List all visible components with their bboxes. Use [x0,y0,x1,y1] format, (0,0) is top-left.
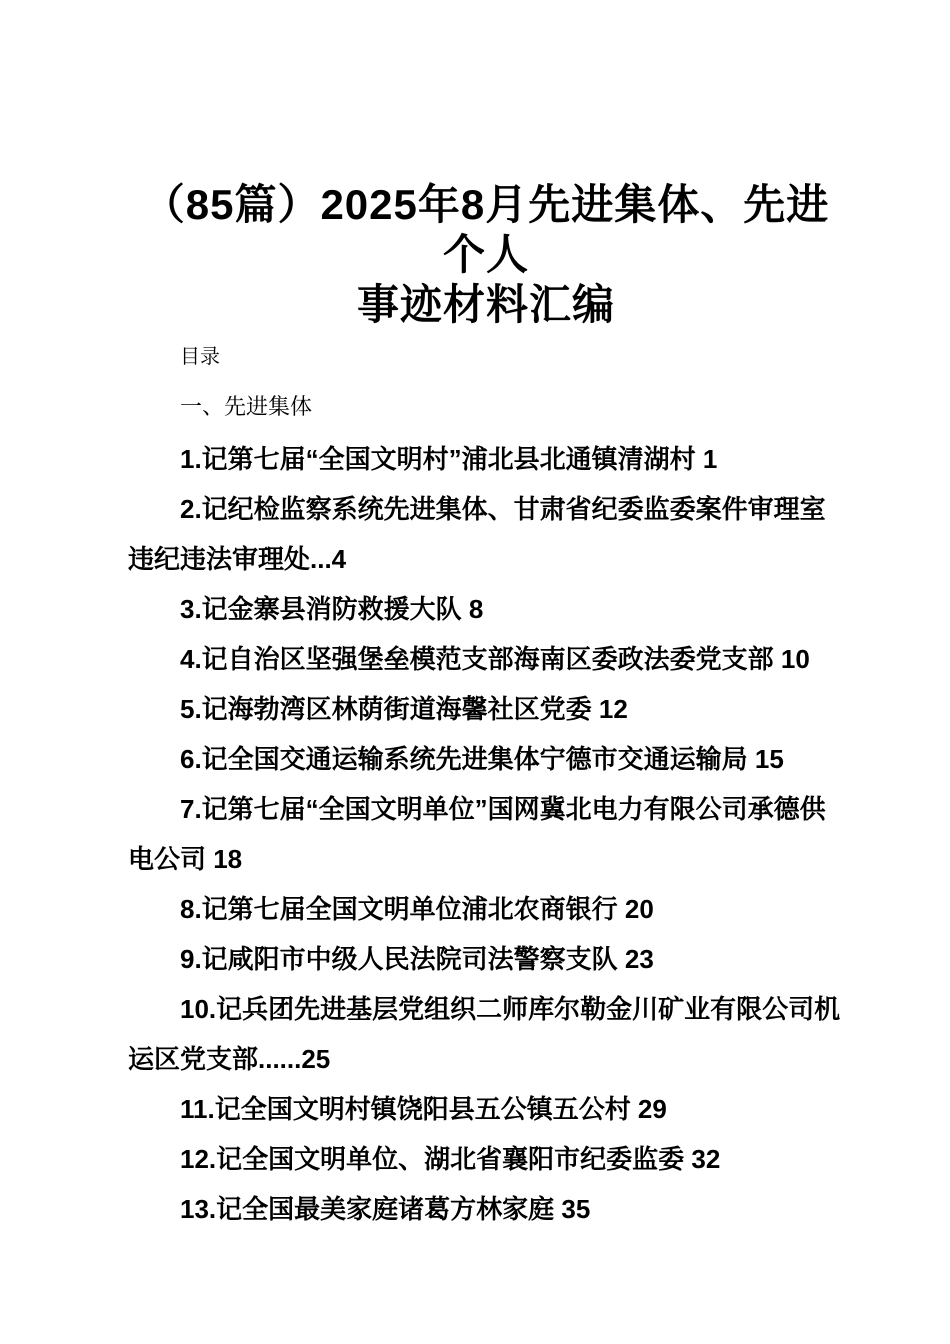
toc-item: 13.记全国最美家庭诸葛方林家庭 35 [128,1184,844,1234]
toc-item: 3.记金寨县消防救援大队 8 [128,584,844,634]
section-heading-advanced-collectives: 一、先进集体 [128,382,844,432]
toc-item: 2.记纪检监察系统先进集体、甘肃省纪委监委案件审理室违纪违法审理处...4 [128,484,844,584]
document-title-line2: 事迹材料汇编 [128,280,844,330]
toc-item: 7.记第七届“全国文明单位”国网冀北电力有限公司承德供电公司 18 [128,784,844,884]
document-title-line1: （85篇）2025年8月先进集体、先进个人 [128,180,844,280]
toc-heading: 目录 [128,332,844,382]
toc-item: 5.记海勃湾区林荫街道海馨社区党委 12 [128,684,844,734]
toc-item: 12.记全国文明单位、湖北省襄阳市纪委监委 32 [128,1134,844,1184]
document-title: （85篇）2025年8月先进集体、先进个人 事迹材料汇编 [128,180,844,330]
toc-item: 6.记全国交通运输系统先进集体宁德市交通运输局 15 [128,734,844,784]
document-page: （85篇）2025年8月先进集体、先进个人 事迹材料汇编 目录 一、先进集体 1… [0,0,950,1344]
toc-item: 1.记第七届“全国文明村”浦北县北通镇清湖村 1 [128,434,844,484]
toc-item: 9.记咸阳市中级人民法院司法警察支队 23 [128,934,844,984]
toc-item: 10.记兵团先进基层党组织二师库尔勒金川矿业有限公司机运区党支部......25 [128,984,844,1084]
toc-item: 8.记第七届全国文明单位浦北农商银行 20 [128,884,844,934]
toc-list: 1.记第七届“全国文明村”浦北县北通镇清湖村 1 2.记纪检监察系统先进集体、甘… [128,434,844,1234]
toc-item: 4.记自治区坚强堡垒模范支部海南区委政法委党支部 10 [128,634,844,684]
toc-item: 11.记全国文明村镇饶阳县五公镇五公村 29 [128,1084,844,1134]
